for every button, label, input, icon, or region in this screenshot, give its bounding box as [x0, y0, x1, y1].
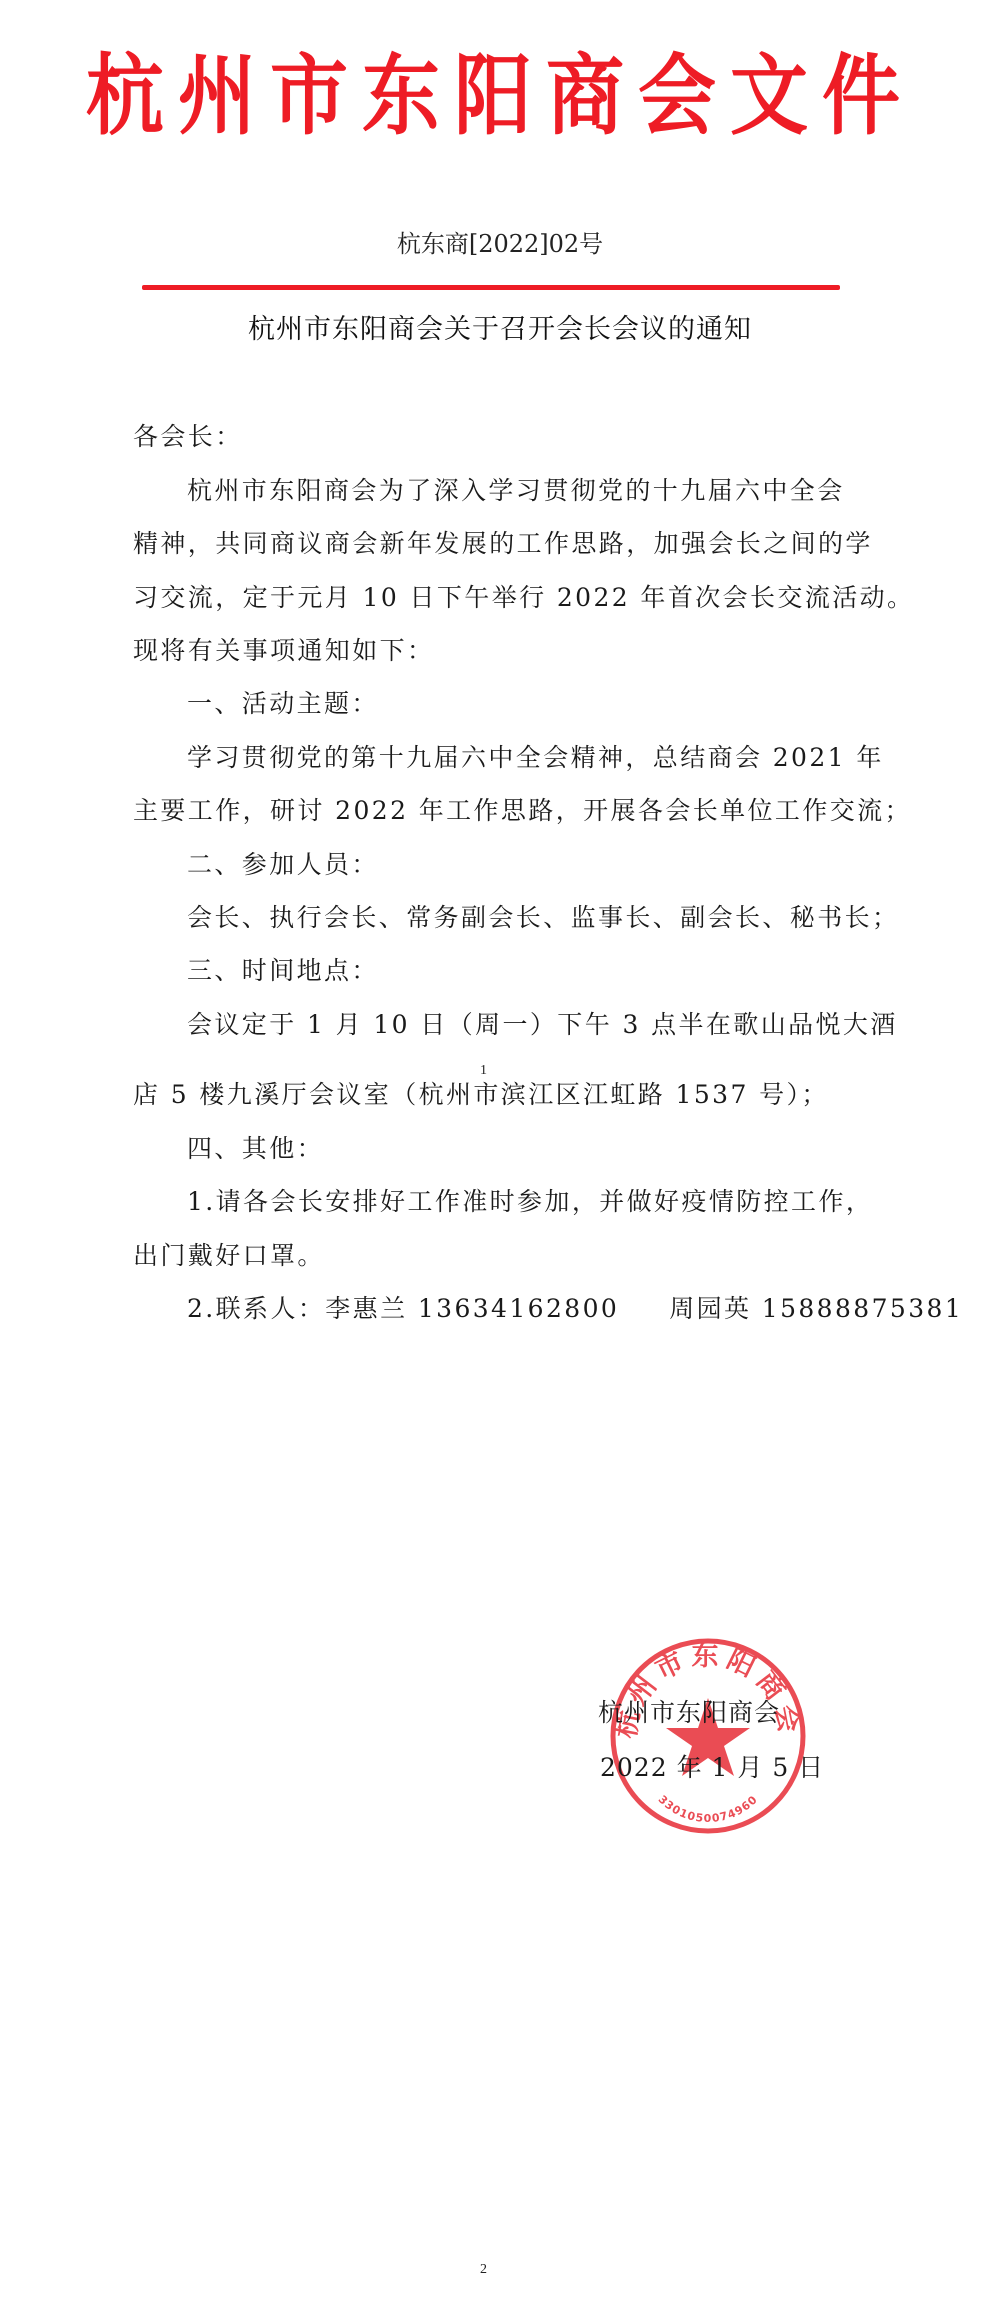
official-seal-stamp: 杭州市东阳商会 3301050074960 [608, 1636, 808, 1836]
section-3-line-1: 会议定于 1 月 10 日（周一）下午 3 点半在歌山品悦大酒 [187, 1012, 907, 1037]
section-4-item-1-line-1: 1.请各会长安排好工作准时参加，并做好疫情防控工作， [187, 1189, 907, 1214]
intro-line-4: 现将有关事项通知如下： [133, 638, 853, 663]
masthead-title: 杭州市东阳商会文件 [0, 53, 1000, 140]
section-1-line-1: 学习贯彻党的第十九届六中全会精神，总结商会 2021 年 [187, 745, 907, 770]
page-number-2: 2 [480, 2262, 487, 2278]
section-1-heading: 一、活动主题： [187, 691, 907, 716]
red-divider-line [142, 285, 840, 290]
section-1-line-2: 主要工作，研讨 2022 年工作思路，开展各会长单位工作交流； [133, 798, 853, 823]
section-4-item-1-line-2: 出门戴好口罩。 [133, 1243, 853, 1268]
signature-date: 2022 年 1 月 5 日 [600, 1755, 824, 1780]
intro-line-2: 精神，共同商议商会新年发展的工作思路，加强会长之间的学 [133, 531, 853, 556]
section-2-heading: 二、参加人员： [187, 852, 907, 877]
contact-line: 2.联系人：李惠兰 13634162800周园英 15888875381 [187, 1296, 907, 1321]
contact-2-phone[interactable]: 15888875381 [762, 1294, 963, 1323]
contact-2-name: 周园英 [669, 1294, 751, 1323]
contact-1-phone[interactable]: 13634162800 [418, 1294, 619, 1323]
section-3-heading: 三、时间地点： [187, 958, 907, 983]
svg-text:3301050074960: 3301050074960 [656, 1793, 761, 1825]
notice-title: 杭州市东阳商会关于召开会长会议的通知 [0, 316, 1000, 343]
document-number: 杭东商[2022]02号 [0, 232, 1000, 256]
section-4-heading: 四、其他： [187, 1136, 907, 1161]
section-2-line-1: 会长、执行会长、常务副会长、监事长、副会长、秘书长； [187, 905, 907, 930]
intro-line-3: 习交流，定于元月 10 日下午举行 2022 年首次会长交流活动。 [133, 585, 853, 610]
signature-organization: 杭州市东阳商会 [598, 1700, 780, 1725]
intro-line-1: 杭州市东阳商会为了深入学习贯彻党的十九届六中全会 [187, 478, 907, 503]
seal-icon: 杭州市东阳商会 3301050074960 [608, 1636, 808, 1836]
salutation: 各会长： [133, 424, 853, 449]
contact-prefix: 2.联系人： [187, 1294, 325, 1323]
section-3-line-2: 店 5 楼九溪厅会议室（杭州市滨江区江虹路 1537 号）； [133, 1082, 853, 1107]
page-number-1: 1 [480, 1063, 487, 1079]
contact-1-name: 李惠兰 [325, 1294, 407, 1323]
